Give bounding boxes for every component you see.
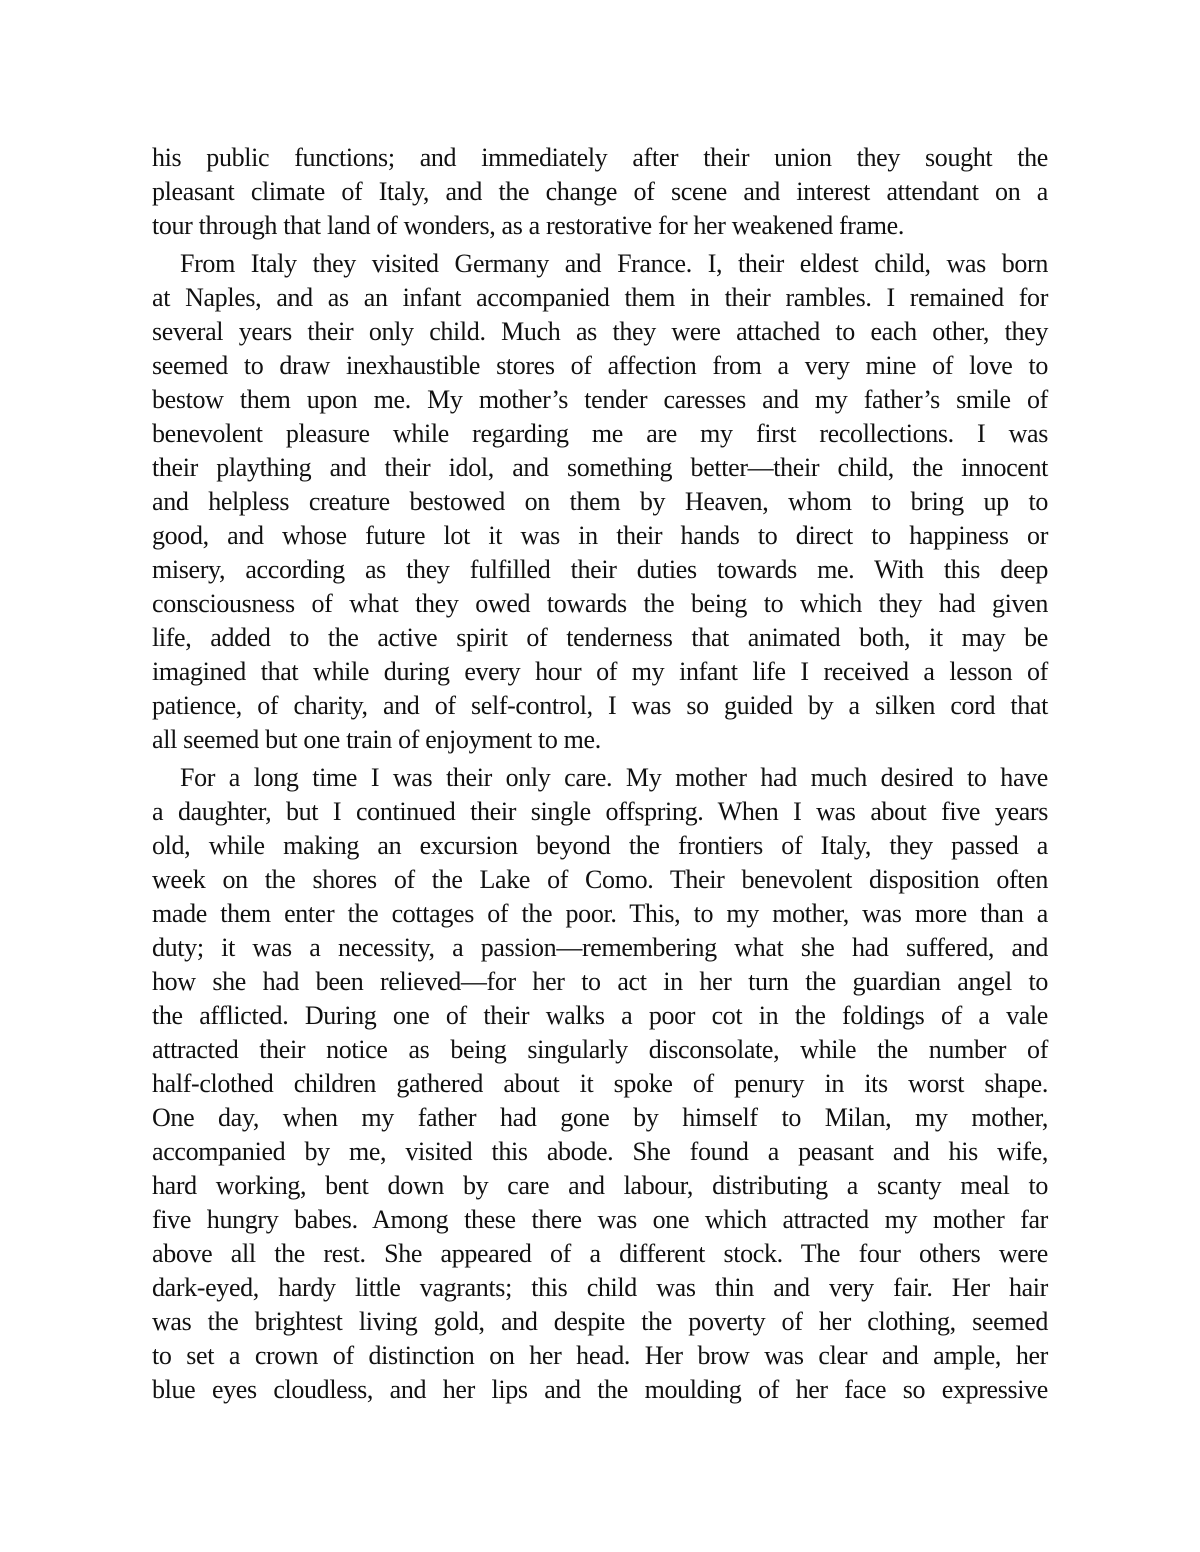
text-line: to set a crown of distinction on her hea… — [152, 1339, 1048, 1373]
text-line: For a long time I was their only care. M… — [152, 761, 1048, 795]
text-line: week on the shores of the Lake of Como. … — [152, 863, 1048, 897]
text-line: pleasant climate of Italy, and the chang… — [152, 175, 1048, 209]
text-line: patience, of charity, and of self-contro… — [152, 689, 1048, 723]
paragraph-2: From Italy they visited Germany and Fran… — [152, 247, 1048, 757]
text-line: dark-eyed, hardy little vagrants; this c… — [152, 1271, 1048, 1305]
text-line: his public functions; and immediately af… — [152, 141, 1048, 175]
text-line: was the brightest living gold, and despi… — [152, 1305, 1048, 1339]
text-line: accompanied by me, visited this abode. S… — [152, 1135, 1048, 1169]
text-line: above all the rest. She appeared of a di… — [152, 1237, 1048, 1271]
text-line: half-clothed children gathered about it … — [152, 1067, 1048, 1101]
text-line: blue eyes cloudless, and her lips and th… — [152, 1373, 1048, 1407]
document-page: his public functions; and immediately af… — [152, 141, 1048, 1407]
paragraph-1: his public functions; and immediately af… — [152, 141, 1048, 243]
text-line: misery, according as they fulfilled thei… — [152, 553, 1048, 587]
text-line: their plaything and their idol, and some… — [152, 451, 1048, 485]
text-line: duty; it was a necessity, a passion—reme… — [152, 931, 1048, 965]
text-line: a daughter, but I continued their single… — [152, 795, 1048, 829]
text-line: seemed to draw inexhaustible stores of a… — [152, 349, 1048, 383]
text-line: hard working, bent down by care and labo… — [152, 1169, 1048, 1203]
text-line: bestow them upon me. My mother’s tender … — [152, 383, 1048, 417]
text-line: all seemed but one train of enjoyment to… — [152, 723, 1048, 757]
text-line: attracted their notice as being singular… — [152, 1033, 1048, 1067]
text-line: benevolent pleasure while regarding me a… — [152, 417, 1048, 451]
text-line: and helpless creature bestowed on them b… — [152, 485, 1048, 519]
text-line: the afflicted. During one of their walks… — [152, 999, 1048, 1033]
text-line: good, and whose future lot it was in the… — [152, 519, 1048, 553]
text-line: old, while making an excursion beyond th… — [152, 829, 1048, 863]
text-line: From Italy they visited Germany and Fran… — [152, 247, 1048, 281]
text-line: made them enter the cottages of the poor… — [152, 897, 1048, 931]
text-line: life, added to the active spirit of tend… — [152, 621, 1048, 655]
text-line: imagined that while during every hour of… — [152, 655, 1048, 689]
text-line: five hungry babes. Among these there was… — [152, 1203, 1048, 1237]
text-line: tour through that land of wonders, as a … — [152, 209, 1048, 243]
text-line: at Naples, and as an infant accompanied … — [152, 281, 1048, 315]
text-line: consciousness of what they owed towards … — [152, 587, 1048, 621]
text-line: One day, when my father had gone by hims… — [152, 1101, 1048, 1135]
text-line: how she had been relieved—for her to act… — [152, 965, 1048, 999]
text-line: several years their only child. Much as … — [152, 315, 1048, 349]
paragraph-3: For a long time I was their only care. M… — [152, 761, 1048, 1407]
